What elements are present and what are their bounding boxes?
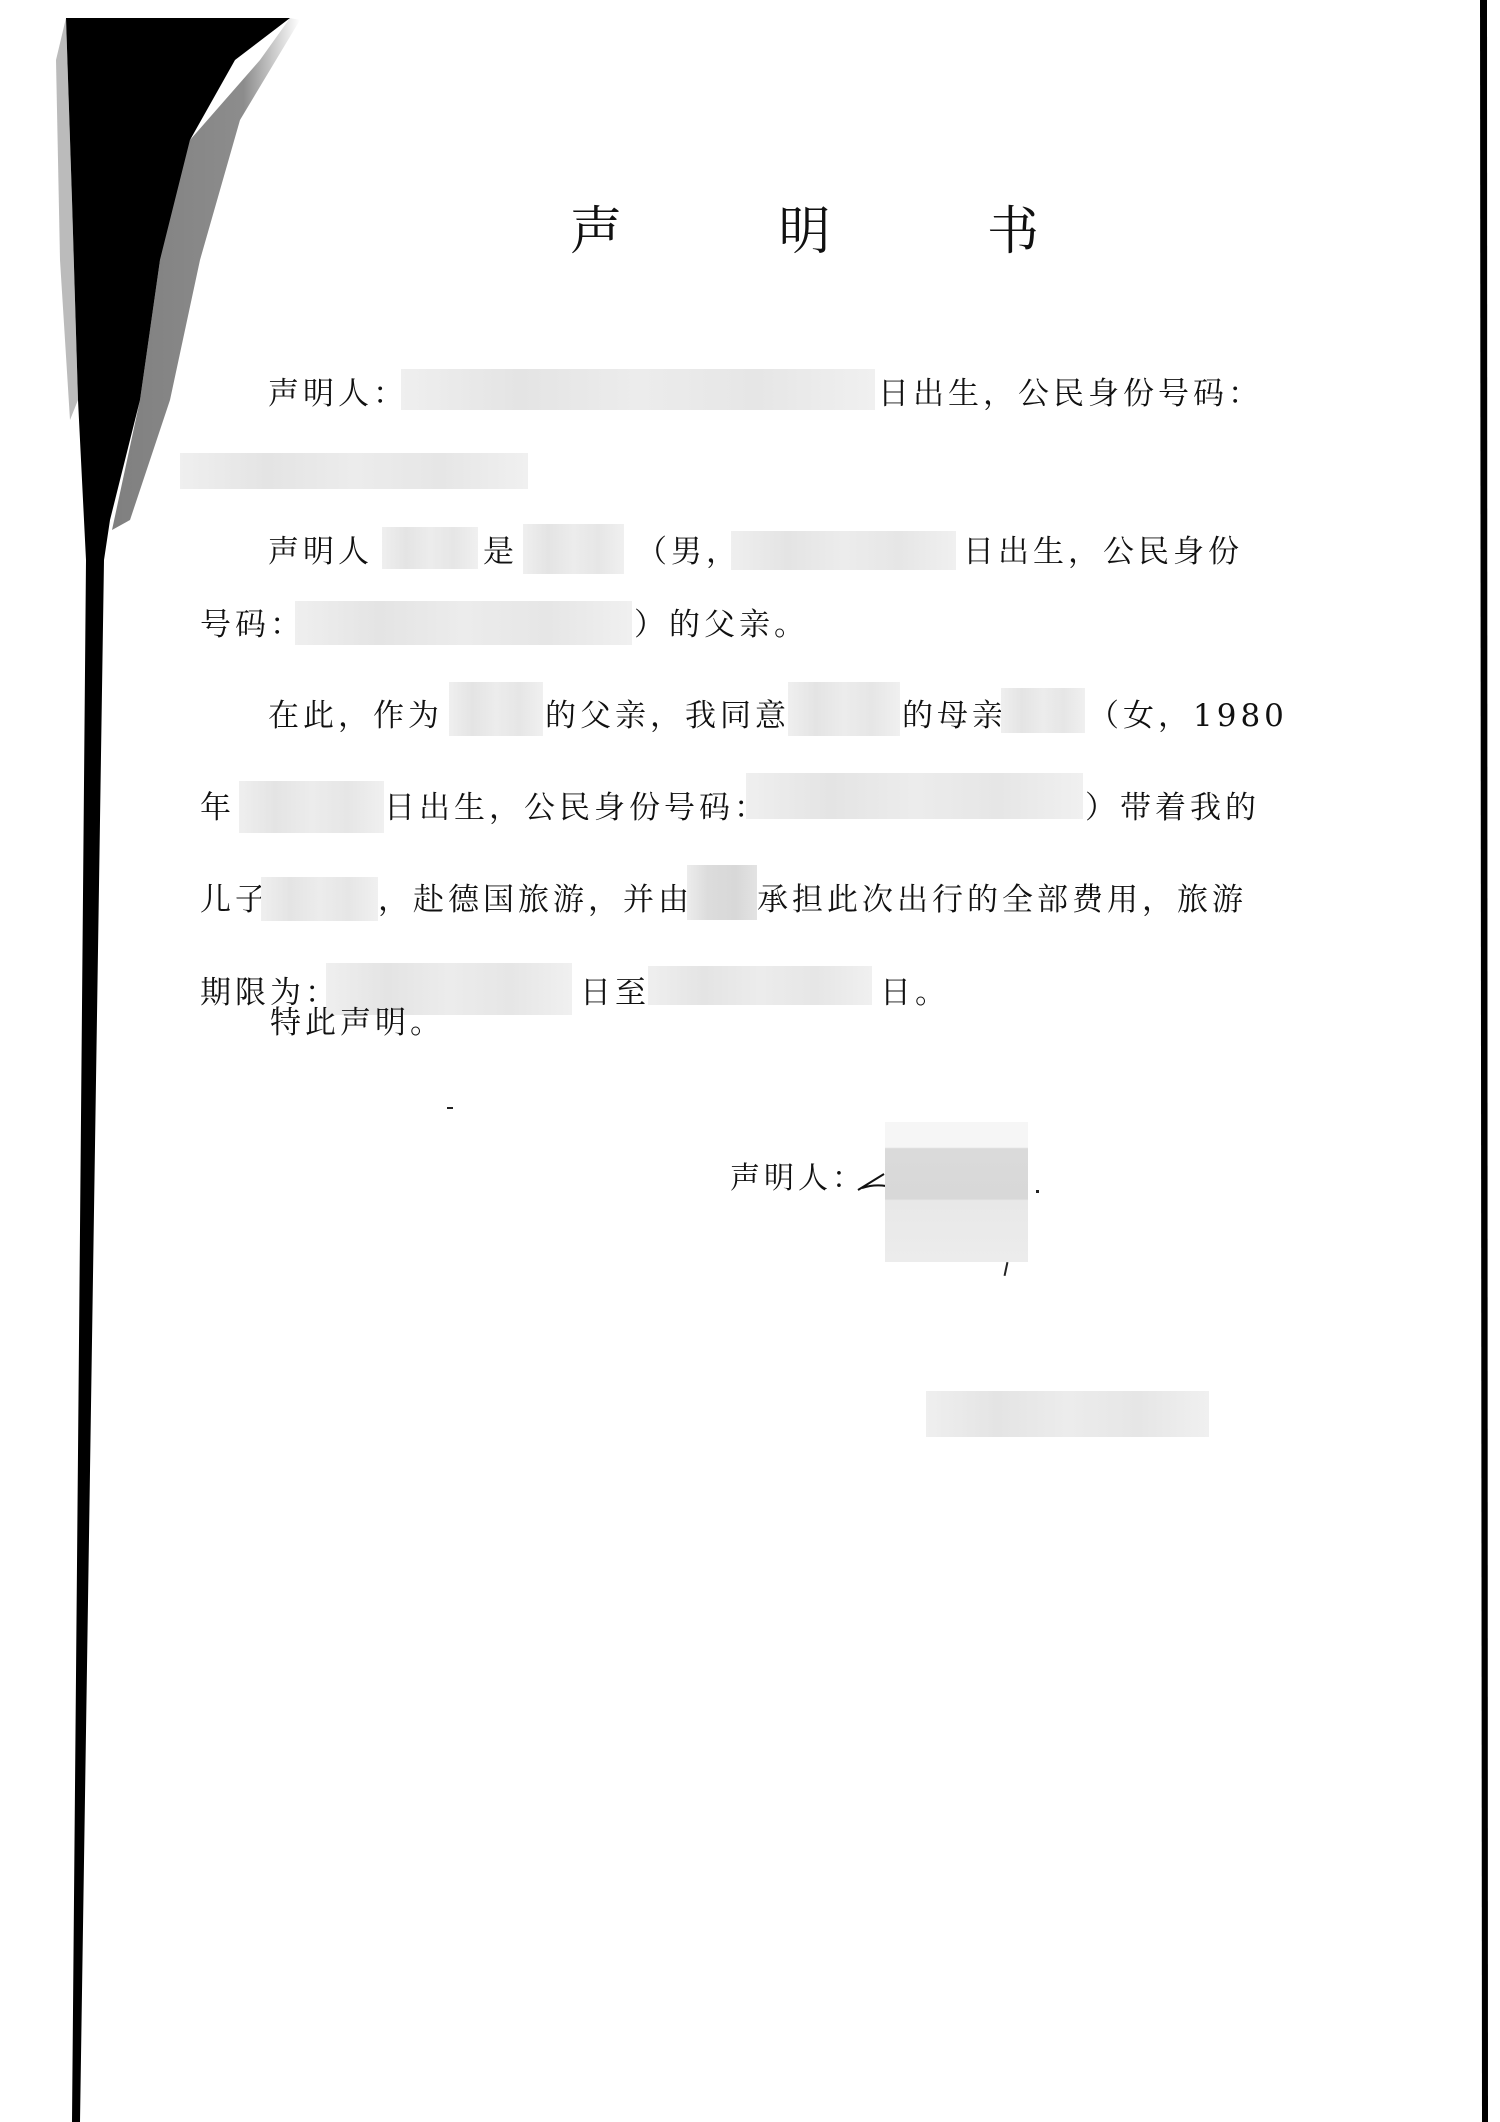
redacted-son-name xyxy=(261,877,378,921)
p2-birth-id-text: 日出生，公民身份 xyxy=(963,534,1243,570)
p2-male-text: （男， xyxy=(636,534,741,570)
scan-shadow-left xyxy=(0,0,320,2122)
p2-id-label: 号码： xyxy=(200,607,305,643)
p3-with-my-text: ）带着我的 xyxy=(1085,790,1260,826)
p3-to-text: 日至 xyxy=(580,975,650,1011)
redacted-child-name-2 xyxy=(449,682,543,736)
redacted-payer-name xyxy=(687,865,757,920)
scan-edge-right xyxy=(1479,0,1489,2122)
p3-female-year-text: （女，1980 xyxy=(1088,698,1288,734)
redacted-signature xyxy=(885,1122,1028,1262)
redacted-mother-name xyxy=(1001,688,1085,733)
scanned-document-page: 声 明 书 声明人： 日出生，公民身份号码： 声明人 是 （男， 日出生，公民身… xyxy=(0,0,1500,2122)
redacted-child-birthdate xyxy=(731,531,956,570)
closing-statement: 特此声明。 xyxy=(270,1005,445,1041)
redacted-child-name-3 xyxy=(788,682,900,736)
redacted-declarant-name-2 xyxy=(382,527,478,569)
p3-expenses-text: 承担此次出行的全部费用，旅游 xyxy=(757,882,1247,918)
redacted-mother-birthdate xyxy=(239,781,384,833)
p3-son-text: 儿子 xyxy=(200,882,270,918)
redacted-declarant-name-birthdate xyxy=(401,369,875,410)
p1-birth-id-text: 日出生，公民身份号码： xyxy=(878,376,1263,412)
redacted-signature-date xyxy=(926,1391,1209,1437)
redacted-end-date xyxy=(648,966,872,1005)
p3-birth-id-text: 日出生，公民身份号码： xyxy=(384,790,769,826)
ink-speck xyxy=(447,1107,453,1109)
p2-is-text: 是 xyxy=(483,534,518,570)
p2-father-text: ）的父亲。 xyxy=(634,607,809,643)
p3-travel-text: ，赴德国旅游，并由 xyxy=(378,882,693,918)
redacted-child-id-number xyxy=(295,601,632,645)
p3-mother-text: 的母亲 xyxy=(902,698,1007,734)
declarant-label: 声明人： xyxy=(268,376,408,412)
p3-line1-start: 在此，作为 xyxy=(268,698,443,734)
p3-day-end-text: 日。 xyxy=(880,975,950,1011)
ink-speck xyxy=(1004,1262,1009,1276)
redacted-child-name xyxy=(523,524,624,574)
redacted-mother-id-number xyxy=(746,773,1083,819)
document-title: 声 明 书 xyxy=(570,200,1109,264)
p3-year-char: 年 xyxy=(200,790,235,826)
signature-stroke-icon xyxy=(856,1170,888,1192)
ink-speck xyxy=(1036,1190,1039,1193)
redacted-declarant-id-number xyxy=(180,453,528,489)
p3-consent-text: 的父亲，我同意 xyxy=(545,698,790,734)
p2-declarant-text: 声明人 xyxy=(268,534,373,570)
signature-label: 声明人： xyxy=(730,1161,866,1197)
